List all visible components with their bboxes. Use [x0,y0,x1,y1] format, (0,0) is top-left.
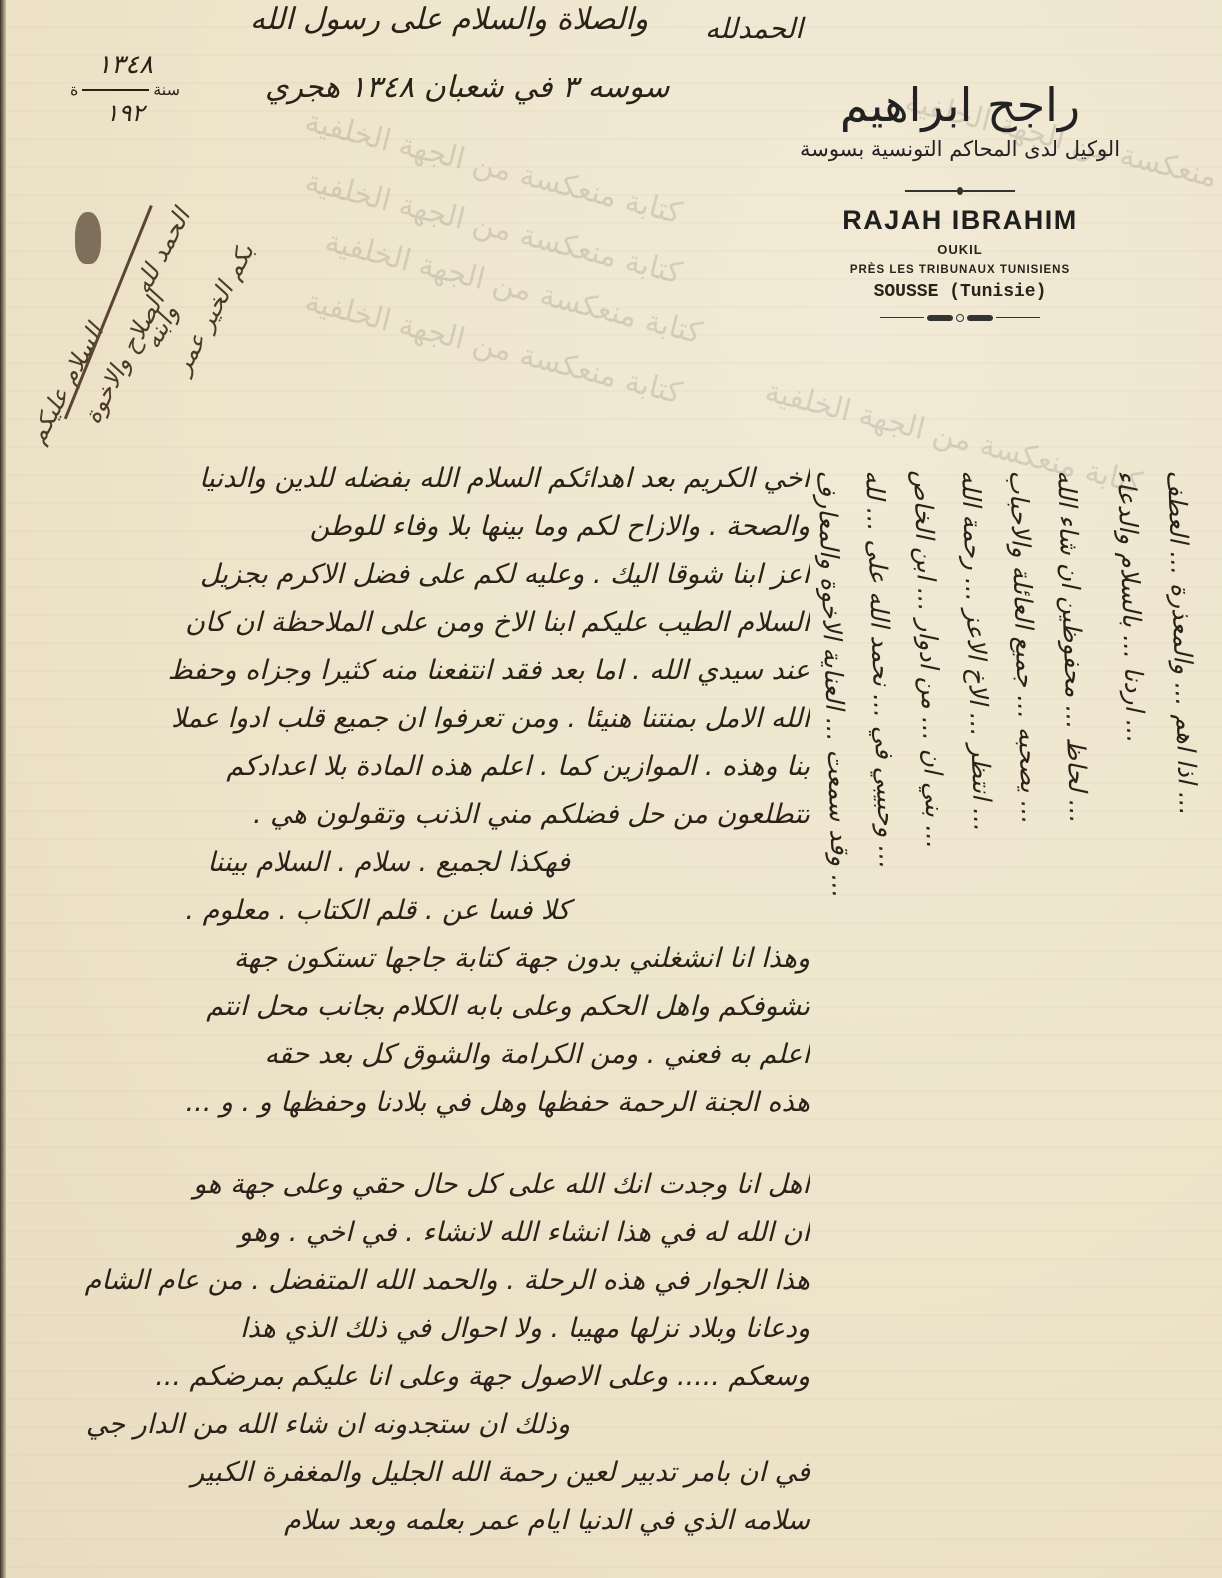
page-edge-shadow [0,0,6,1578]
body-line: بنا وهذه . الموازين كما . اعلم هذه الماد… [20,743,810,791]
body-line: تتطلعون من حل فضلكم مني الذنب وتقولون هي… [20,791,810,839]
body-line: وسعكم ..... وعلى الاصول جهة وعلى انا علي… [20,1353,810,1401]
side-margin-columns: وقد سمعت ... العناية الاخوة والمعارف ...… [820,470,1220,1570]
body-line: ان الله له في هذا انشاء الله لانشاء . في… [20,1209,810,1257]
hijri-year: ١٣٤٨ [70,50,180,80]
year-label: سنة [153,80,180,99]
letterhead: راجح ابراهيم الوكيل لدى المحاكم التونسية… [770,80,1150,322]
body-line: وهذا انا انشغلني بدون جهة كتابة جاجها تس… [20,935,810,983]
body-line: السلام الطيب عليكم ابنا الاخ ومن على الم… [20,599,810,647]
letterhead-arabic-name: راجح ابراهيم [770,80,1150,131]
handwritten-blessing: والصلاة والسلام على رسول الله [250,2,648,37]
date-rule [82,89,149,91]
date-suffix-label: ة [70,80,78,99]
date-line: ة سنة [70,80,180,99]
letterhead-arabic-title: الوكيل لدى المحاكم التونسية بسوسة [770,137,1150,161]
body-line: سلامه الذي في الدنيا ايام عمر بعلمه وبعد… [20,1497,810,1545]
body-line: عند سيدي الله . اما بعد فقد انتفعنا منه … [20,647,810,695]
body-line: اخي الكريم بعد اهدائكم السلام الله بفضله… [20,455,810,503]
margin-note: الحمد لله وابنه بكم الخير عمر الصلاح وال… [18,165,228,425]
body-line: الله الامل بمنتنا هنيئا . ومن تعرفوا ان … [20,695,810,743]
body-line: كلا فسا عن . قلم الكتاب . معلوم . [20,887,810,935]
handwritten-invocation: الحمدلله [705,12,803,45]
ink-blot [75,212,101,264]
body-line-spacer [20,1127,810,1161]
body-line: والصحة . والازاح لكم وما بينها بلا وفاء … [20,503,810,551]
body-line: هذه الجنة الرحمة حفظها وهل في بلادنا وحف… [20,1079,810,1127]
body-line: في ان بامر تدبير لعين رحمة الله الجليل و… [20,1449,810,1497]
body-line: هذا الجوار في هذه الرحلة . والحمد الله ا… [20,1257,810,1305]
letterhead-city: SOUSSE (Tunisie) [770,282,1150,302]
body-line: وذلك ان ستجدونه ان شاء الله من الدار جي [20,1401,810,1449]
body-line: تشوفكم واهل الحكم وعلى بابه الكلام بجانب… [20,983,810,1031]
letterhead-french-subtitle: PRÈS LES TRIBUNAUX TUNISIENS [770,264,1150,276]
date-block: ١٣٤٨ ة سنة ١٩٢ [70,50,180,127]
body-line: اعلم به فعني . ومن الكرامة والشوق كل بعد… [20,1031,810,1079]
handwritten-place-date: سوسه ٣ في شعبان ١٣٤٨ هجري [265,70,670,105]
body-line: اهل انا وجدت انك الله على كل حال حقي وعل… [20,1161,810,1209]
ornament-flourish-icon [880,314,1040,322]
ornament-divider-icon [905,187,1015,195]
margin-note-line: الحمد لله [128,204,196,298]
letterhead-french-title: OUKIL [770,242,1150,257]
gregorian-year: ١٩٢ [70,99,180,127]
body-line: فهكذا لجميع . سلام . السلام بيننا [20,839,810,887]
body-line: اعز ابنا شوقا اليك . وعليه لكم على فضل ا… [20,551,810,599]
letter-body: اخي الكريم بعد اهدائكم السلام الله بفضله… [20,455,810,1545]
body-line: ودعانا وبلاد نزلها مهيبا . ولا احوال في … [20,1305,810,1353]
letterhead-french-name: RAJAH IBRAHIM [770,205,1150,236]
